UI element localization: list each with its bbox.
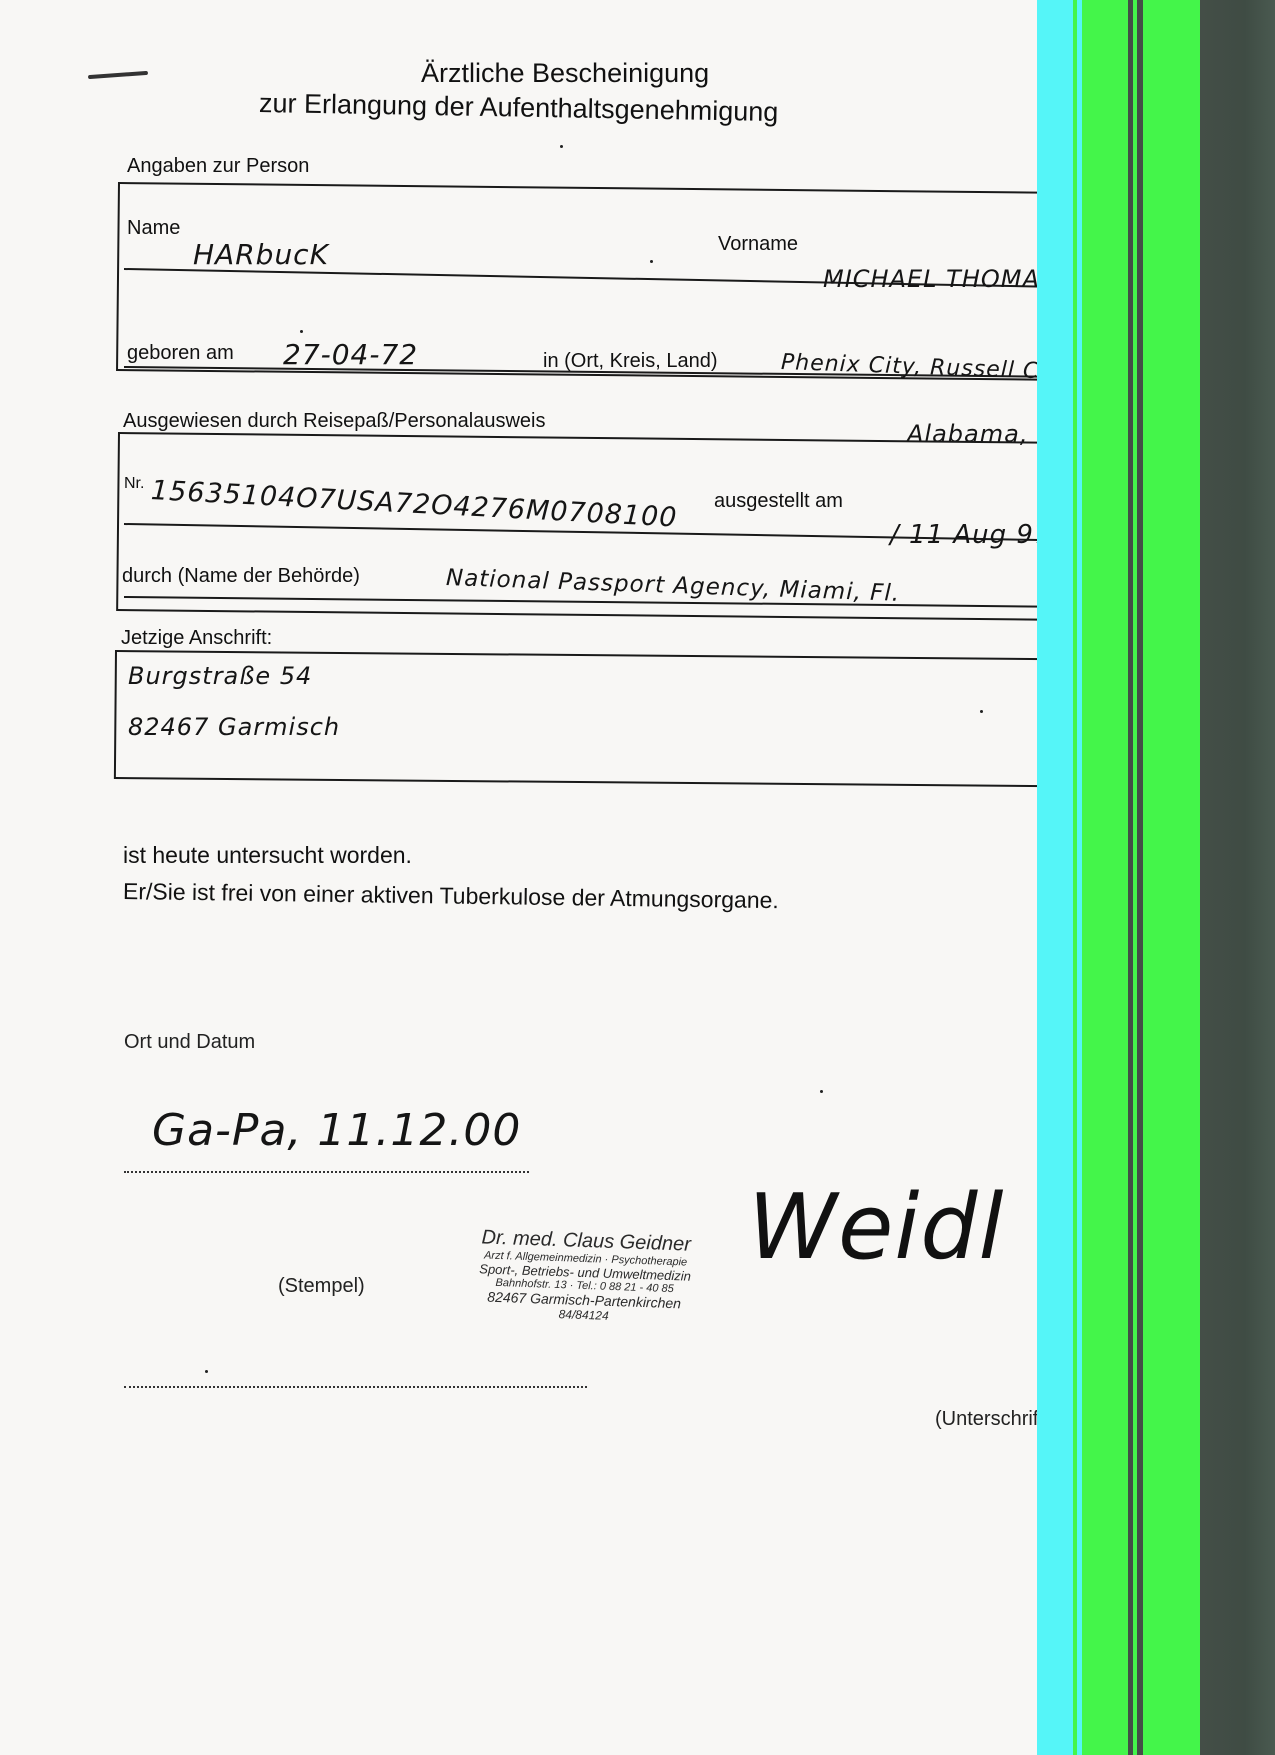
ausgestellt-value: / 11 Aug 97 xyxy=(890,520,1052,550)
address-line2: 82467 Garmisch xyxy=(128,713,340,741)
scan-speck xyxy=(820,1090,823,1093)
geboren-value: 27-04-72 xyxy=(283,338,418,371)
signature-label: (Unterschrift) xyxy=(935,1408,1051,1431)
scan-speck xyxy=(205,1370,208,1373)
vorname-label: Vorname xyxy=(718,233,798,256)
document-subtitle: zur Erlangung der Aufenthaltsgenehmigung xyxy=(259,88,779,128)
staple-mark xyxy=(88,71,148,79)
stempel-label: (Stempel) xyxy=(278,1275,365,1298)
ort-datum-value: Ga-Pa, 11.12.00 xyxy=(152,1105,521,1156)
ort-datum-dotted-line xyxy=(124,1171,529,1173)
signature: Weidl xyxy=(748,1175,1005,1280)
scanned-document-page: Ärztliche Bescheinigung zur Erlangung de… xyxy=(0,0,1037,1755)
section-address-heading: Jetzige Anschrift: xyxy=(121,627,272,650)
ort-datum-label: Ort und Datum xyxy=(124,1031,255,1054)
behoerde-label: durch (Name der Behörde) xyxy=(122,565,360,588)
name-value: HARbucK xyxy=(193,238,329,271)
scan-speck xyxy=(650,260,653,263)
address-line1: Burgstraße 54 xyxy=(128,662,312,690)
statement-examined: ist heute untersucht worden. xyxy=(123,842,412,869)
scan-speck xyxy=(980,710,983,713)
doctor-stamp: Dr. med. Claus Geidner Arzt f. Allgemein… xyxy=(418,1224,751,1327)
nr-label: Nr. xyxy=(124,475,144,493)
geboren-label: geboren am xyxy=(127,342,234,365)
ausgestellt-label: ausgestellt am xyxy=(714,490,843,513)
section-id-heading: Ausgewiesen durch Reisepaß/Personalauswe… xyxy=(123,410,545,433)
name-label: Name xyxy=(127,217,180,240)
scan-speck xyxy=(300,330,303,333)
statement-tb-free: Er/Sie ist frei von einer aktiven Tuberk… xyxy=(123,878,779,914)
section-person-heading: Angaben zur Person xyxy=(127,155,309,178)
scan-stripe-green xyxy=(1143,0,1200,1755)
birthplace-label: in (Ort, Kreis, Land) xyxy=(543,350,718,373)
stempel-dotted-line xyxy=(124,1386,587,1388)
vorname-value: MICHAEL THOMAS xyxy=(823,265,1056,293)
scan-stripe-cyan xyxy=(1037,0,1073,1755)
scan-speck xyxy=(560,145,563,148)
document-title: Ärztliche Bescheinigung xyxy=(421,58,709,89)
scan-stripe-green xyxy=(1082,0,1128,1755)
scan-border-dark xyxy=(1200,0,1275,1755)
